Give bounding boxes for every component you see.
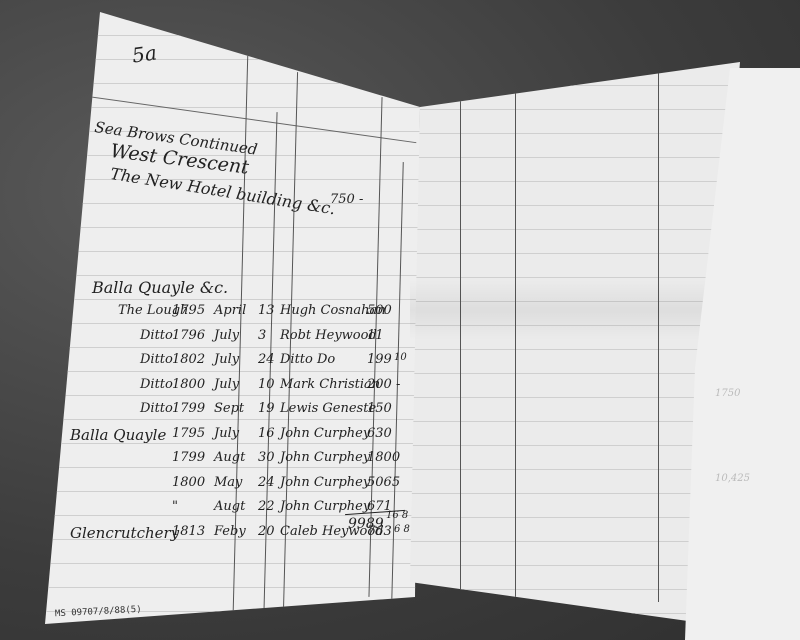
ledger-row: The Lough1795April13Hugh Cosnahan500	[0, 303, 420, 327]
ledger-row: 1800May24John Curphey5065	[0, 475, 420, 499]
entry-day: 30	[258, 450, 275, 465]
entry-year: 1799	[172, 450, 205, 465]
entry-year: 1813	[172, 524, 205, 539]
entry-shillings: 6 8	[394, 524, 410, 535]
entry-month: Sept	[214, 401, 244, 416]
entry-day: 24	[258, 475, 275, 490]
entry-month: April	[214, 303, 246, 318]
entry-pounds: 1800	[367, 450, 400, 465]
page-shadow	[410, 280, 710, 340]
entry-name: John Curphey	[280, 450, 370, 465]
entry-pounds: 11	[367, 328, 384, 343]
ledger-row: Ditto1800July10Mark Christian200 -	[0, 377, 420, 401]
entry-month: July	[214, 377, 239, 392]
entry-year: "	[172, 499, 178, 514]
entry-month: Augt	[214, 499, 245, 514]
entry-property: Balla Quayle	[70, 426, 166, 444]
entry-day: 13	[258, 303, 275, 318]
entry-property: Ditto	[140, 328, 173, 343]
entry-property: Glencrutchery	[70, 524, 179, 542]
entry-name: John Curphey	[280, 426, 370, 441]
ledger-row: 1799Augt30John Curphey1800	[0, 450, 420, 474]
entry-name: Ditto Do	[280, 352, 335, 367]
entry-month: July	[214, 426, 239, 441]
heading-amount: 750 -	[330, 192, 363, 207]
entry-year: 1800	[172, 377, 205, 392]
entry-pounds: 5065	[367, 475, 400, 490]
entry-month: May	[214, 475, 242, 490]
entry-day: 19	[258, 401, 275, 416]
ledger-row: Ditto1802July24Ditto Do19910	[0, 352, 420, 376]
entry-name: Robt Heywood	[280, 328, 377, 343]
entry-name: Mark Christian	[280, 377, 380, 392]
column-rule	[515, 87, 516, 597]
entry-name: John Curphey	[280, 475, 370, 490]
entry-year: 1795	[172, 426, 205, 441]
entry-year: 1800	[172, 475, 205, 490]
entry-pounds: 150	[367, 401, 392, 416]
entry-month: Feby	[214, 524, 246, 539]
column-rule	[460, 92, 461, 592]
entry-name: Lewis Geneste	[280, 401, 376, 416]
entry-year: 1802	[172, 352, 205, 367]
ledger-row: Balla Quayle1795July16John Curphey630	[0, 426, 420, 450]
entry-property: Ditto	[140, 401, 173, 416]
page-number: 5a	[130, 40, 158, 67]
entry-year: 1796	[172, 328, 205, 343]
entry-property: Ditto	[140, 377, 173, 392]
total-shillings: 16 8	[386, 510, 408, 521]
slip-faint-text: 1750	[715, 388, 740, 399]
entry-month: July	[214, 328, 239, 343]
ledger-row: Ditto1796July3Robt Heywood11	[0, 328, 420, 352]
entry-pounds: 500	[367, 303, 392, 318]
entry-property: Ditto	[140, 352, 173, 367]
entry-day: 3	[258, 328, 266, 343]
section-title: Balla Quayle &c.	[92, 278, 228, 297]
entry-month: July	[214, 352, 239, 367]
entry-name: John Curphey	[280, 499, 370, 514]
entry-year: 1799	[172, 401, 205, 416]
entry-day: 10	[258, 377, 275, 392]
entry-day: 16	[258, 426, 275, 441]
ledger-row: Ditto1799Sept19Lewis Geneste150	[0, 401, 420, 425]
slip-faint-total: 10,425	[715, 473, 750, 484]
entry-pounds: 630	[367, 426, 392, 441]
entry-month: Augt	[214, 450, 245, 465]
entry-year: 1795	[172, 303, 205, 318]
total-pounds: 9989	[348, 516, 384, 532]
entry-pounds: 199	[367, 352, 392, 367]
entry-shillings: 10	[394, 352, 407, 363]
entry-pounds: 200 -	[367, 377, 400, 392]
entry-day: 24	[258, 352, 275, 367]
entry-day: 22	[258, 499, 275, 514]
entry-day: 20	[258, 524, 275, 539]
